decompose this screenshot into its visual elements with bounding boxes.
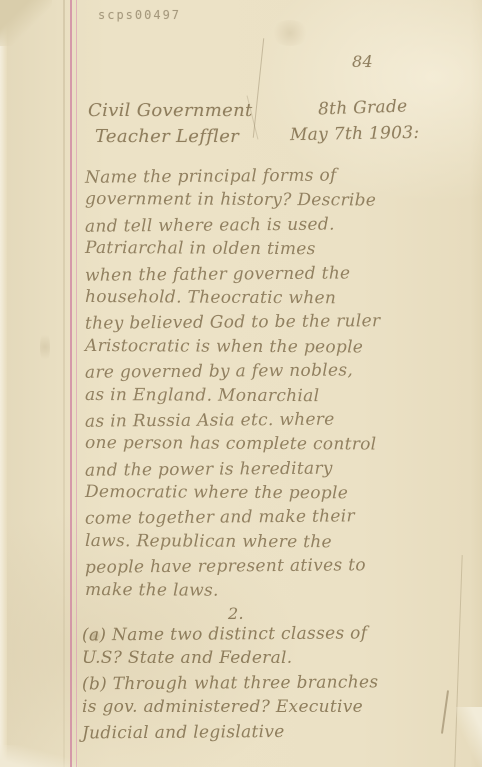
handwritten-line: they believed God to be the ruler [85, 311, 475, 339]
page-number: 84 [352, 52, 373, 71]
question2-answer-text: (a) Name two distinct classes of U.S? St… [82, 624, 477, 746]
handwritten-line: (b) Through what three branches [82, 671, 477, 698]
handwritten-line: and tell where each is used. [85, 213, 475, 241]
handwritten-line: as in England. Monarchial [85, 384, 475, 410]
handwritten-line: is gov. administered? Executive [82, 697, 477, 721]
top-left-corner-fold [0, 0, 52, 46]
teacher-name: Teacher Leffler [95, 126, 239, 147]
handwritten-line: make the laws. [85, 580, 475, 606]
margin-rule-line [70, 0, 72, 767]
question-number-2: 2. [228, 604, 244, 623]
handwritten-line: and the power is hereditary [85, 457, 475, 485]
handwritten-line: laws. Republican where the [85, 531, 475, 557]
handwritten-exam-page: scps00497 84 Civil Government 8th Grade … [0, 0, 482, 767]
question1-answer-text: Name the principal forms of government i… [85, 166, 475, 605]
handwritten-line: Judicial and legislative [82, 720, 477, 747]
handwritten-line: come together and make their [85, 506, 475, 534]
handwritten-line: Democratic where the people [85, 482, 475, 508]
paper-stain [40, 330, 50, 364]
left-fold-line [63, 0, 65, 767]
paper-stain [270, 20, 310, 46]
margin-rule-line-inner [76, 0, 77, 767]
handwritten-line: (a) Name two distinct classes of [82, 623, 477, 650]
handwritten-line: U.S? State and Federal. [82, 648, 477, 672]
grade-label: 8th Grade [318, 96, 408, 119]
handwritten-line: people have represent atives to [85, 555, 475, 583]
handwritten-line: Aristocratic is when the people [85, 336, 475, 362]
handwritten-line: when the father governed the [85, 262, 475, 290]
handwritten-line: Name the principal forms of [85, 164, 475, 192]
handwritten-line: are governed by a few nobles, [85, 359, 475, 387]
handwritten-line: Patriarchal in olden times [85, 238, 475, 264]
handwritten-line: household. Theocratic when [85, 287, 475, 313]
date-written: May 7th 1903: [290, 123, 420, 145]
handwritten-line: government in history? Describe [85, 189, 475, 215]
archive-stamp: scps00497 [98, 8, 181, 22]
scan-edge-left [0, 0, 7, 767]
handwritten-line: one person has complete control [85, 433, 475, 459]
bottom-left-corner [0, 745, 78, 767]
handwritten-line: as in Russia Asia etc. where [85, 408, 475, 436]
subject-title: Civil Government [88, 100, 253, 121]
